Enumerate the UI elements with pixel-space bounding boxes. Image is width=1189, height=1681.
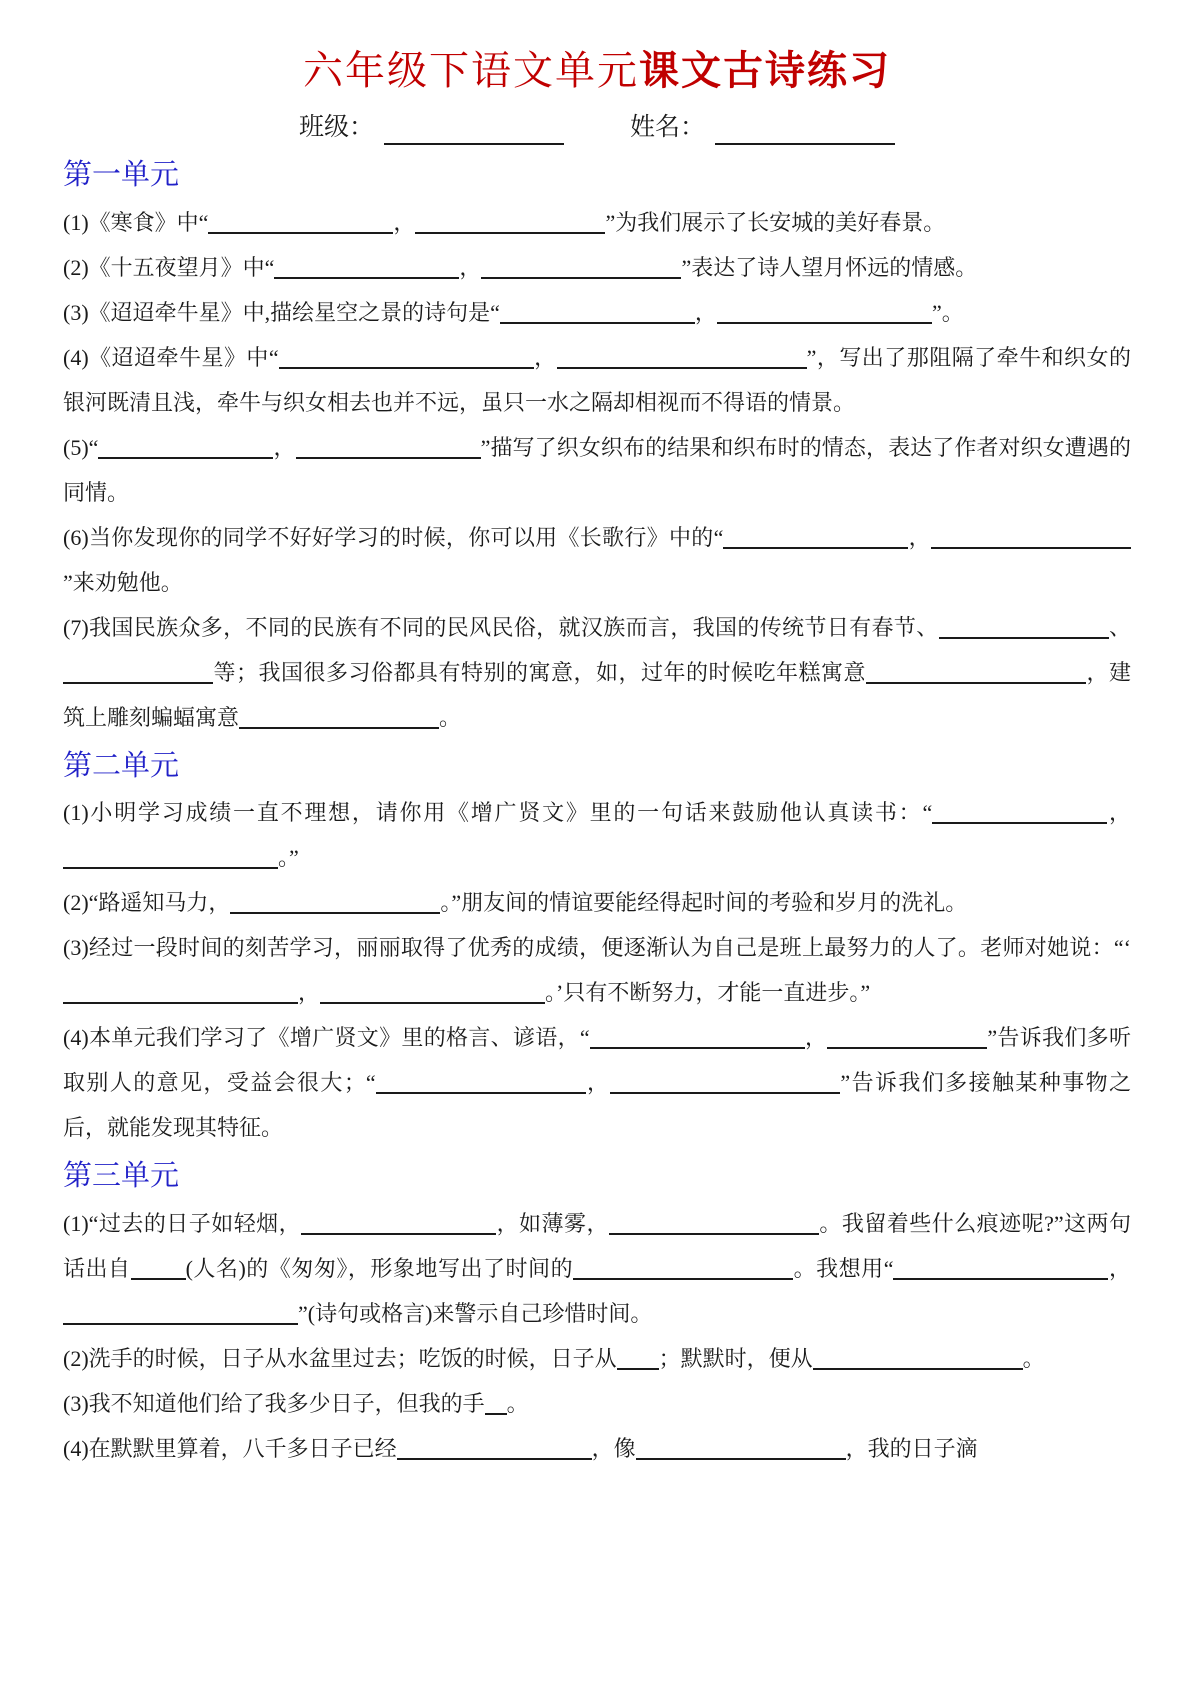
question-text: (5)“: [63, 435, 98, 460]
class-name-line: 班级：姓名：: [63, 110, 1131, 145]
question-text: ，: [586, 1070, 611, 1095]
question-text: (3)我不知道他们给了我多少日子，但我的手: [63, 1391, 485, 1416]
question: (6)当你发现你的同学不好好学习的时候，你可以用《长歌行》中的“，”来劝勉他。: [63, 515, 1131, 605]
question-text: 。: [1023, 1346, 1045, 1371]
answer-blank: [63, 660, 213, 684]
question-text: ，我的日子滴: [846, 1436, 978, 1461]
question-text: 。”朋友间的情谊要能经得起时间的考验和岁月的洗礼。: [440, 890, 967, 915]
page-title: 六年级下语文单元课文古诗练习: [63, 46, 1131, 96]
question-text: (1)小明学习成绩一直不理想，请你用《增广贤文》里的一句话来鼓励他认真读书：“: [63, 800, 932, 825]
answer-blank: [63, 845, 278, 869]
answer-blank: [279, 345, 534, 369]
question-text: ”(诗句或格言)来警示自己珍惜时间。: [298, 1301, 652, 1326]
question-text: (4)本单元我们学习了《增广贤文》里的格言、谚语，“: [63, 1025, 590, 1050]
question-text: ，: [805, 1025, 828, 1050]
question-text: (7)我国民族众多，不同的民族有不同的民风民俗，就汉族而言，我国的传统节日有春节…: [63, 615, 939, 640]
question: (1)《寒食》中“，”为我们展示了长安城的美好春景。: [63, 200, 1131, 245]
question: (5)“，”描写了织女织布的结果和织布时的情态，表达了作者对织女遭遇的同情。: [63, 425, 1131, 515]
question-text: (4)《迢迢牵牛星》中“: [63, 345, 279, 370]
question: (1)小明学习成绩一直不理想，请你用《增广贤文》里的一句话来鼓励他认真读书：“，…: [63, 790, 1131, 880]
question-text: 。’只有不断努力，才能一直进步。”: [545, 980, 870, 1005]
answer-blank: [636, 1436, 846, 1460]
name-blank: [715, 118, 895, 145]
answer-blank: [296, 435, 481, 459]
answer-blank: [557, 345, 807, 369]
question-text: ，: [298, 980, 320, 1005]
question-text: (3)经过一段时间的刻苦学习，丽丽取得了优秀的成绩，便逐渐认为自己是班上最努力的…: [63, 935, 1131, 960]
answer-blank: [481, 255, 681, 279]
question: (4)在默默里算着，八千多日子已经，像，我的日子滴: [63, 1426, 1131, 1471]
question: (2)《十五夜望月》中“，”表达了诗人望月怀远的情感。: [63, 245, 1131, 290]
question-text: (2)“路遥知马力，: [63, 890, 230, 915]
question: (3)经过一段时间的刻苦学习，丽丽取得了优秀的成绩，便逐渐认为自己是班上最努力的…: [63, 925, 1131, 1015]
question: (2)“路遥知马力，。”朋友间的情谊要能经得起时间的考验和岁月的洗礼。: [63, 880, 1131, 925]
answer-blank: [617, 1346, 659, 1370]
question-text: 。”: [278, 845, 299, 870]
answer-blank: [98, 435, 273, 459]
unit-heading: 第二单元: [63, 746, 1131, 787]
answer-blank: [376, 1070, 586, 1094]
question-text: 。我想用“: [793, 1256, 893, 1281]
answer-blank: [230, 890, 440, 914]
answer-blank: [813, 1346, 1023, 1370]
question-text: ，: [1108, 1256, 1131, 1281]
unit-heading: 第三单元: [63, 1156, 1131, 1197]
question-text: ”为我们展示了长安城的美好春景。: [605, 210, 945, 235]
answer-blank: [415, 210, 605, 234]
answer-blank: [610, 1070, 840, 1094]
question-text: ，: [459, 255, 481, 280]
unit-section: 第二单元(1)小明学习成绩一直不理想，请你用《增广贤文》里的一句话来鼓励他认真读…: [63, 746, 1131, 1151]
name-label: 姓名：: [630, 110, 705, 145]
answer-blank: [590, 1025, 805, 1049]
question-text: ，: [273, 435, 295, 460]
question-text: 。: [507, 1391, 529, 1416]
question-text: (6)当你发现你的同学不好好学习的时候，你可以用《长歌行》中的“: [63, 525, 723, 550]
answer-blank: [301, 1211, 496, 1235]
class-blank: [384, 118, 564, 145]
answer-blank: [893, 1256, 1108, 1280]
question: (3)《迢迢牵牛星》中,描绘星空之景的诗句是“，”。: [63, 290, 1131, 335]
page-title-part1: 六年级下语文单元: [303, 48, 639, 93]
question: (4)《迢迢牵牛星》中“，”，写出了那阻隔了牵牛和织女的银河既清且浅，牵牛与织女…: [63, 335, 1131, 425]
unit-heading: 第一单元: [63, 155, 1131, 196]
question-text: (1)“过去的日子如轻烟，: [63, 1211, 301, 1236]
question-text: ”表达了诗人望月怀远的情感。: [681, 255, 977, 280]
answer-blank: [397, 1436, 592, 1460]
unit-section: 第三单元(1)“过去的日子如轻烟，，如薄雾，。我留着些什么痕迹呢?”这两句话出自…: [63, 1156, 1131, 1471]
answer-blank: [939, 615, 1109, 639]
question-text: ；默默时，便从: [659, 1346, 813, 1371]
worksheet-page: 六年级下语文单元课文古诗练习 班级：姓名： 第一单元(1)《寒食》中“，”为我们…: [0, 0, 1189, 1681]
question-text: (4)在默默里算着，八千多日子已经: [63, 1436, 397, 1461]
question-text: (2)洗手的时候，日子从水盆里过去；吃饭的时候，日子从: [63, 1346, 617, 1371]
question-text: (人名)的《匆匆》，形象地写出了时间的: [186, 1256, 574, 1281]
answer-blank: [500, 300, 695, 324]
answer-blank: [131, 1256, 186, 1280]
answer-blank: [866, 660, 1086, 684]
question: (7)我国民族众多，不同的民族有不同的民风民俗，就汉族而言，我国的传统节日有春节…: [63, 605, 1131, 740]
question: (2)洗手的时候，日子从水盆里过去；吃饭的时候，日子从；默默时，便从。: [63, 1336, 1131, 1381]
question-text: ，: [695, 300, 717, 325]
question-text: ”。: [932, 300, 964, 325]
answer-blank: [573, 1256, 793, 1280]
question-text: ，: [1107, 800, 1131, 825]
answer-blank: [932, 800, 1107, 824]
answer-blank: [717, 300, 932, 324]
answer-blank: [485, 1391, 507, 1415]
question-text: 等；我国很多习俗都具有特别的寓意，如，过年的时候吃年糕寓意: [213, 660, 866, 685]
answer-blank: [208, 210, 393, 234]
class-label: 班级：: [299, 110, 374, 145]
answer-blank: [320, 980, 545, 1004]
answer-blank: [931, 525, 1131, 549]
question-text: ，如薄雾，: [496, 1211, 609, 1236]
question-text: (1)《寒食》中“: [63, 210, 208, 235]
question-text: (2)《十五夜望月》中“: [63, 255, 274, 280]
answer-blank: [609, 1211, 819, 1235]
question-text: ，像: [592, 1436, 636, 1461]
question: (3)我不知道他们给了我多少日子，但我的手。: [63, 1381, 1131, 1426]
answer-blank: [239, 705, 439, 729]
answer-blank: [723, 525, 908, 549]
question: (4)本单元我们学习了《增广贤文》里的格言、谚语，“，”告诉我们多听取别人的意见…: [63, 1015, 1131, 1150]
question-text: ，: [908, 525, 931, 550]
question-text: 、: [1109, 615, 1131, 640]
answer-blank: [827, 1025, 987, 1049]
answer-blank: [274, 255, 459, 279]
question-text: ，: [534, 345, 557, 370]
question: (1)“过去的日子如轻烟，，如薄雾，。我留着些什么痕迹呢?”这两句话出自(人名)…: [63, 1201, 1131, 1336]
answer-blank: [63, 980, 298, 1004]
question-text: ”来劝勉他。: [63, 570, 183, 595]
unit-section: 第一单元(1)《寒食》中“，”为我们展示了长安城的美好春景。(2)《十五夜望月》…: [63, 155, 1131, 740]
question-text: 。: [439, 705, 461, 730]
question-text: ，: [393, 210, 415, 235]
answer-blank: [63, 1301, 298, 1325]
sections: 第一单元(1)《寒食》中“，”为我们展示了长安城的美好春景。(2)《十五夜望月》…: [63, 155, 1131, 1471]
question-text: (3)《迢迢牵牛星》中,描绘星空之景的诗句是“: [63, 300, 500, 325]
page-title-part2: 课文古诗练习: [639, 48, 891, 93]
